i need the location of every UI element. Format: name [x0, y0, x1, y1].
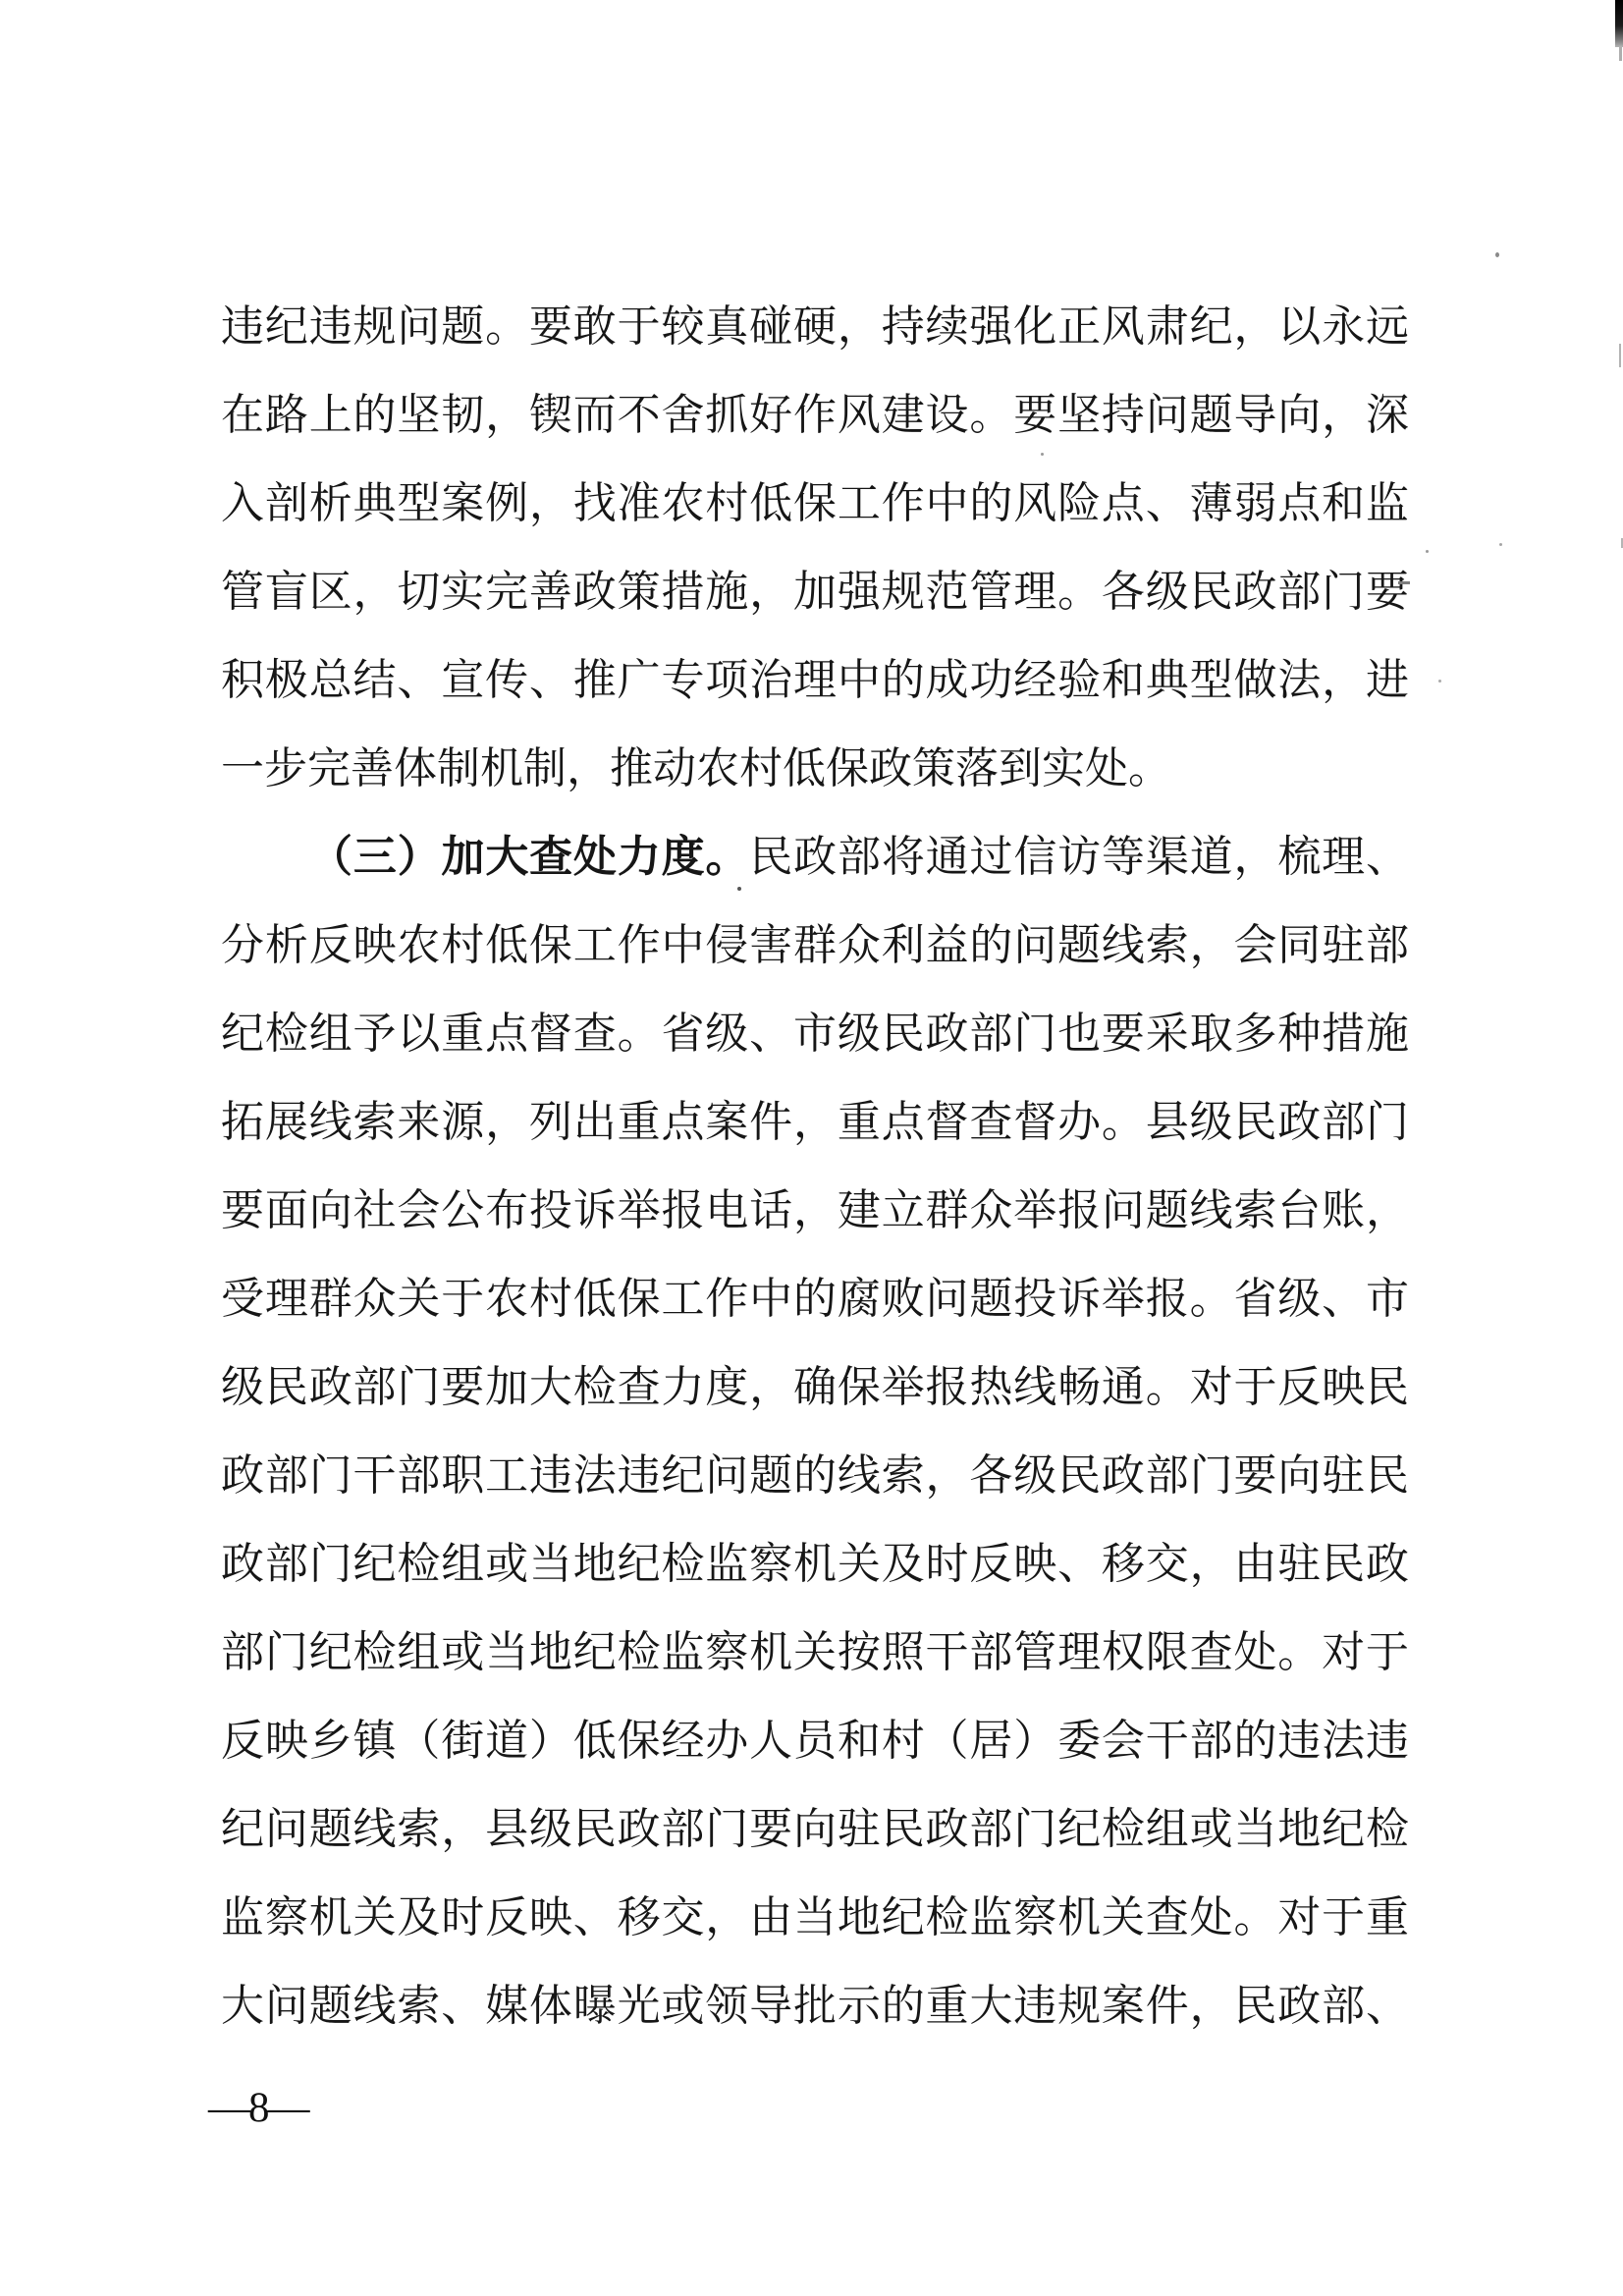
text-line: 纪问题线索，县级民政部门要向驻民政部门纪检组或当地纪检 — [221, 1785, 1409, 1874]
text-line: 分析反映农村低保工作中侵害群众利益的问题线索，会同驻部 — [221, 902, 1409, 990]
text-line: 在路上的坚韧，锲而不舍抓好作风建设。要坚持问题导向，深 — [221, 371, 1409, 460]
text-line: 要面向社会公布投诉举报电话，建立群众举报问题线索台账， — [221, 1167, 1409, 1255]
scan-artifact — [737, 887, 741, 891]
text-line: 管盲区，切实完善政策措施，加强规范管理。各级民政部门要 — [221, 548, 1409, 636]
text-segment: 级民政部门要加大检查力度，确保举报热线畅通。对于反映民 — [221, 1363, 1409, 1411]
section-heading-bold: （三）加大查处力度。 — [309, 833, 749, 881]
document-body: 违纪违规问题。要敢于较真碰硬，持续强化正风肃纪，以永远在路上的坚韧，锲而不舍抓好… — [221, 283, 1409, 2050]
scan-artifact — [1495, 252, 1499, 257]
scan-artifact — [1426, 550, 1429, 553]
paragraph-continuation: 违纪违规问题。要敢于较真碰硬，持续强化正风肃纪，以永远在路上的坚韧，锲而不舍抓好… — [221, 283, 1409, 813]
text-line: 政部门纪检组或当地纪检监察机关及时反映、移交，由驻民政 — [221, 1520, 1409, 1609]
text-line: 级民政部门要加大检查力度，确保举报热线畅通。对于反映民 — [221, 1343, 1409, 1432]
text-segment: 在路上的坚韧，锲而不舍抓好作风建设。要坚持问题导向，深 — [221, 391, 1409, 439]
text-line: 纪检组予以重点督查。省级、市级民政部门也要采取多种措施 — [221, 990, 1409, 1078]
text-segment: 大问题线索、媒体曝光或领导批示的重大违规案件，民政部、 — [221, 1982, 1409, 2030]
text-line: （三）加大查处力度。民政部将通过信访等渠道，梳理、 — [221, 813, 1409, 902]
scan-artifact-corner-mark — [1615, 0, 1623, 47]
text-segment: 拓展线索来源，列出重点案件，重点督查督办。县级民政部门 — [221, 1098, 1409, 1146]
text-segment: 分析反映农村低保工作中侵害群众利益的问题线索，会同驻部 — [221, 921, 1409, 969]
text-segment: 纪检组予以重点督查。省级、市级民政部门也要采取多种措施 — [221, 1010, 1409, 1058]
text-line: 大问题线索、媒体曝光或领导批示的重大违规案件，民政部、 — [221, 1962, 1409, 2050]
text-line: 一步完善体制机制，推动农村低保政策落到实处。 — [221, 725, 1409, 813]
text-segment: 积极总结、宣传、推广专项治理中的成功经验和典型做法，进 — [221, 656, 1409, 704]
text-line: 受理群众关于农村低保工作中的腐败问题投诉举报。省级、市 — [221, 1255, 1409, 1343]
text-line: 积极总结、宣传、推广专项治理中的成功经验和典型做法，进 — [221, 636, 1409, 725]
scan-artifact — [1041, 453, 1044, 456]
page-number: —8— — [208, 2080, 308, 2137]
text-line: 政部门干部职工违法违纪问题的线索，各级民政部门要向驻民 — [221, 1432, 1409, 1520]
text-line: 入剖析典型案例，找准农村低保工作中的风险点、薄弱点和监 — [221, 460, 1409, 548]
text-segment: 受理群众关于农村低保工作中的腐败问题投诉举报。省级、市 — [221, 1275, 1409, 1323]
document-page: 违纪违规问题。要敢于较真碰硬，持续强化正风肃纪，以永远在路上的坚韧，锲而不舍抓好… — [0, 0, 1623, 2296]
text-segment: 纪问题线索，县级民政部门要向驻民政部门纪检组或当地纪检 — [221, 1805, 1409, 1853]
text-segment: 一步完善体制机制，推动农村低保政策落到实处。 — [221, 744, 1171, 793]
text-line: 反映乡镇（街道）低保经办人员和村（居）委会干部的违法违 — [221, 1697, 1409, 1785]
text-segment: 政部门干部职工违法违纪问题的线索，各级民政部门要向驻民 — [221, 1451, 1409, 1500]
text-line: 违纪违规问题。要敢于较真碰硬，持续强化正风肃纪，以永远 — [221, 283, 1409, 371]
text-segment: 反映乡镇（街道）低保经办人员和村（居）委会干部的违法违 — [221, 1717, 1409, 1765]
text-segment: 监察机关及时反映、移交，由当地纪检监察机关查处。对于重 — [221, 1893, 1409, 1941]
text-segment: 部门纪检组或当地纪检监察机关按照干部管理权限查处。对于 — [221, 1628, 1409, 1676]
scan-artifact — [1619, 47, 1622, 61]
text-segment: 管盲区，切实完善政策措施，加强规范管理。各级民政部门要 — [221, 568, 1409, 616]
text-segment: 违纪违规问题。要敢于较真碰硬，持续强化正风肃纪，以永远 — [221, 302, 1409, 351]
text-line: 部门纪检组或当地纪检监察机关按照干部管理权限查处。对于 — [221, 1609, 1409, 1697]
text-segment: 民政部将通过信访等渠道，梳理、 — [749, 833, 1409, 881]
scan-artifact — [1438, 680, 1441, 683]
text-segment: 入剖析典型案例，找准农村低保工作中的风险点、薄弱点和监 — [221, 479, 1409, 527]
paragraph-section-three: （三）加大查处力度。民政部将通过信访等渠道，梳理、分析反映农村低保工作中侵害群众… — [221, 813, 1409, 2050]
text-segment: 政部门纪检组或当地纪检监察机关及时反映、移交，由驻民政 — [221, 1540, 1409, 1588]
scan-artifact — [1398, 581, 1410, 584]
text-line: 拓展线索来源，列出重点案件，重点督查督办。县级民政部门 — [221, 1078, 1409, 1167]
text-segment: 要面向社会公布投诉举报电话，建立群众举报问题线索台账， — [221, 1186, 1409, 1234]
scan-artifact — [1619, 344, 1621, 367]
scan-artifact — [1499, 543, 1502, 546]
text-line: 监察机关及时反映、移交，由当地纪检监察机关查处。对于重 — [221, 1874, 1409, 1962]
